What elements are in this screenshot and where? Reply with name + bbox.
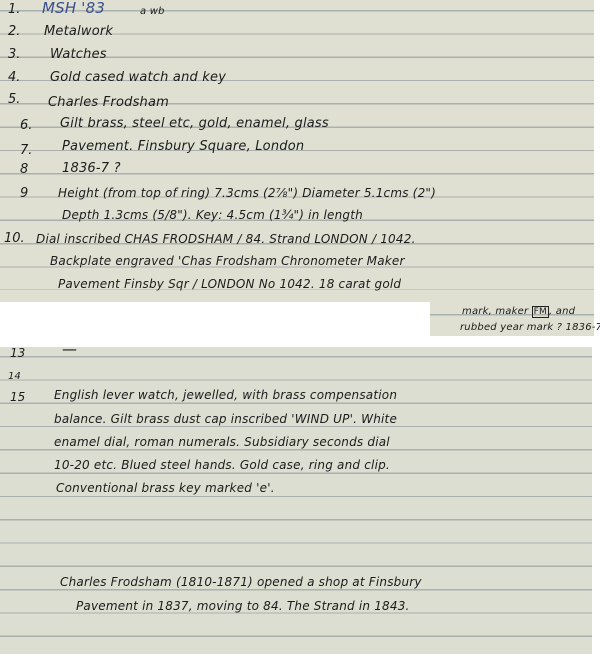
entry-number-1: 1. (8, 2, 20, 18)
entry-text-15-cont4: Conventional brass key marked 'e'. (56, 480, 275, 496)
entry-text-9-cont: Depth 1.3cms (5/8"). Key: 4.5cm (1¾") in… (62, 207, 363, 223)
entry-text-10-cont2: Pavement Finsby Sqr / LONDON No 1042. 18… (58, 276, 401, 292)
entry-text-15: English lever watch, jewelled, with bras… (54, 387, 397, 403)
entry-number-13: 13 (10, 345, 25, 361)
entry-number-9: 9 (20, 186, 28, 202)
entry-number-4: 4. (8, 70, 20, 86)
paper-sheet-bottom: 13 — 14 15 English lever watch, jewelled… (0, 347, 592, 654)
entry-text-6: Gilt brass, steel etc, gold, enamel, gla… (60, 116, 329, 132)
note-line-1: Charles Frodsham (1810-1871) opened a sh… (60, 574, 422, 590)
snippet-text-post: , and (549, 306, 575, 317)
entry-text-4: Gold cased watch and key (50, 70, 226, 86)
entry-text-5: Charles Frodsham (48, 95, 169, 111)
entry-text-15-cont: balance. Gilt brass dust cap inscribed '… (54, 411, 397, 427)
entry-text-8: 1836-7 ? (62, 161, 121, 177)
entry-text-1: MSH '83 (42, 0, 105, 16)
snippet-line-2: rubbed year mark ? 1836-7 (460, 320, 600, 336)
entry-text-10: Dial inscribed CHAS FRODSHAM / 84. Stran… (36, 231, 416, 247)
entry-number-5: 5. (8, 92, 20, 108)
paper-snippet: mark, maker FM, and rubbed year mark ? 1… (430, 302, 594, 336)
entry-number-3: 3. (8, 47, 20, 63)
note-line-2: Pavement in 1837, moving to 84. The Stra… (76, 598, 410, 614)
entry-number-7: 7. (20, 143, 32, 159)
entry-text-2: Metalwork (44, 24, 113, 40)
entry-text-15-cont2: enamel dial, roman numerals. Subsidiary … (54, 434, 390, 450)
entry-text-3: Watches (50, 47, 107, 63)
entry-number-6: 6. (20, 118, 32, 134)
entry-suffix-1: a wb (140, 4, 165, 20)
entry-text-15-cont3: 10-20 etc. Blued steel hands. Gold case,… (54, 457, 390, 473)
entry-text-10-cont: Backplate engraved 'Chas Frodsham Chrono… (50, 253, 405, 269)
entry-number-10: 10. (4, 231, 25, 247)
entry-number-14: 14 (8, 369, 21, 385)
entry-text-13: — (62, 341, 77, 357)
entry-number-2: 2. (8, 24, 20, 40)
entry-text-7: Pavement. Finsbury Square, London (62, 139, 304, 155)
entry-number-15: 15 (10, 389, 25, 405)
entry-text-9: Height (from top of ring) 7.3cms (2⅞") D… (58, 185, 436, 201)
maker-mark-box: FM (532, 306, 549, 318)
snippet-line-1: mark, maker FM, and (462, 304, 575, 320)
snippet-text-pre: mark, maker (462, 306, 528, 317)
paper-sheet-top: 1. MSH '83 a wb 2. Metalwork 3. Watches … (0, 0, 594, 302)
entry-number-8: 8 (20, 162, 28, 178)
